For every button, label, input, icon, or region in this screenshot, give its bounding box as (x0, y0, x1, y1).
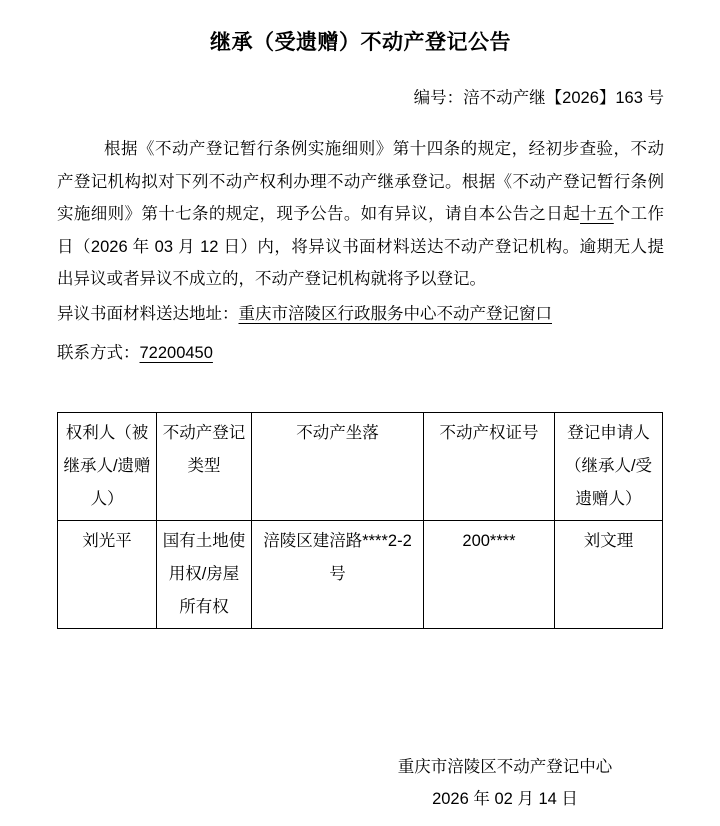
doc-number: 编号：涪不动产继【2026】163 号 (57, 83, 664, 113)
header-cell-registration-type: 不动产登记类型 (157, 412, 252, 520)
cell-property-location: 涪陵区建涪路****2-2号 (252, 520, 424, 628)
header-cell-property-location: 不动产坐落 (252, 412, 424, 520)
page-title: 继承（受遗赠）不动产登记公告 (57, 30, 664, 56)
address-line: 异议书面材料送达地址：重庆市涪陵区行政服务中心不动产登记窗口 (57, 298, 664, 331)
paragraph-text-before: 根据《不动产登记暂行条例实施细则》第十四条的规定，经初步查验，不动产登记机构拟对… (57, 140, 664, 223)
contact-value: 72200450 (140, 344, 213, 362)
header-cell-applicant: 登记申请人（继承人/受遗赠人） (555, 412, 663, 520)
table-row: 刘光平 国有土地使用权/房屋所有权 涪陵区建涪路****2-2号 200****… (58, 520, 663, 628)
contact-line: 联系方式：72200450 (57, 337, 664, 370)
contact-label: 联系方式： (57, 344, 140, 362)
cell-rights-holder: 刘光平 (58, 520, 157, 628)
notice-page: 继承（受遗赠）不动产登记公告 编号：涪不动产继【2026】163 号 根据《不动… (0, 0, 720, 826)
notice-paragraph: 根据《不动产登记暂行条例实施细则》第十四条的规定，经初步查验，不动产登记机构拟对… (57, 133, 664, 296)
cell-registration-type: 国有土地使用权/房屋所有权 (157, 520, 252, 628)
signature-block: 重庆市涪陵区不动产登记中心 2026 年 02 月 14 日 (346, 751, 664, 815)
deadline-underlined: 十五 (580, 205, 614, 223)
footer-date: 2026 年 02 月 14 日 (346, 783, 664, 815)
notice-table: 权利人（被继承人/遗赠人） 不动产登记类型 不动产坐落 不动产权证号 登记申请人… (57, 412, 663, 629)
header-cell-certificate-number: 不动产权证号 (424, 412, 555, 520)
table-header-row: 权利人（被继承人/遗赠人） 不动产登记类型 不动产坐落 不动产权证号 登记申请人… (58, 412, 663, 520)
cell-applicant: 刘文理 (555, 520, 663, 628)
header-cell-rights-holder: 权利人（被继承人/遗赠人） (58, 412, 157, 520)
address-label: 异议书面材料送达地址： (57, 305, 239, 323)
cell-certificate-number: 200**** (424, 520, 555, 628)
address-value: 重庆市涪陵区行政服务中心不动产登记窗口 (239, 305, 553, 323)
footer-organization: 重庆市涪陵区不动产登记中心 (346, 751, 664, 783)
